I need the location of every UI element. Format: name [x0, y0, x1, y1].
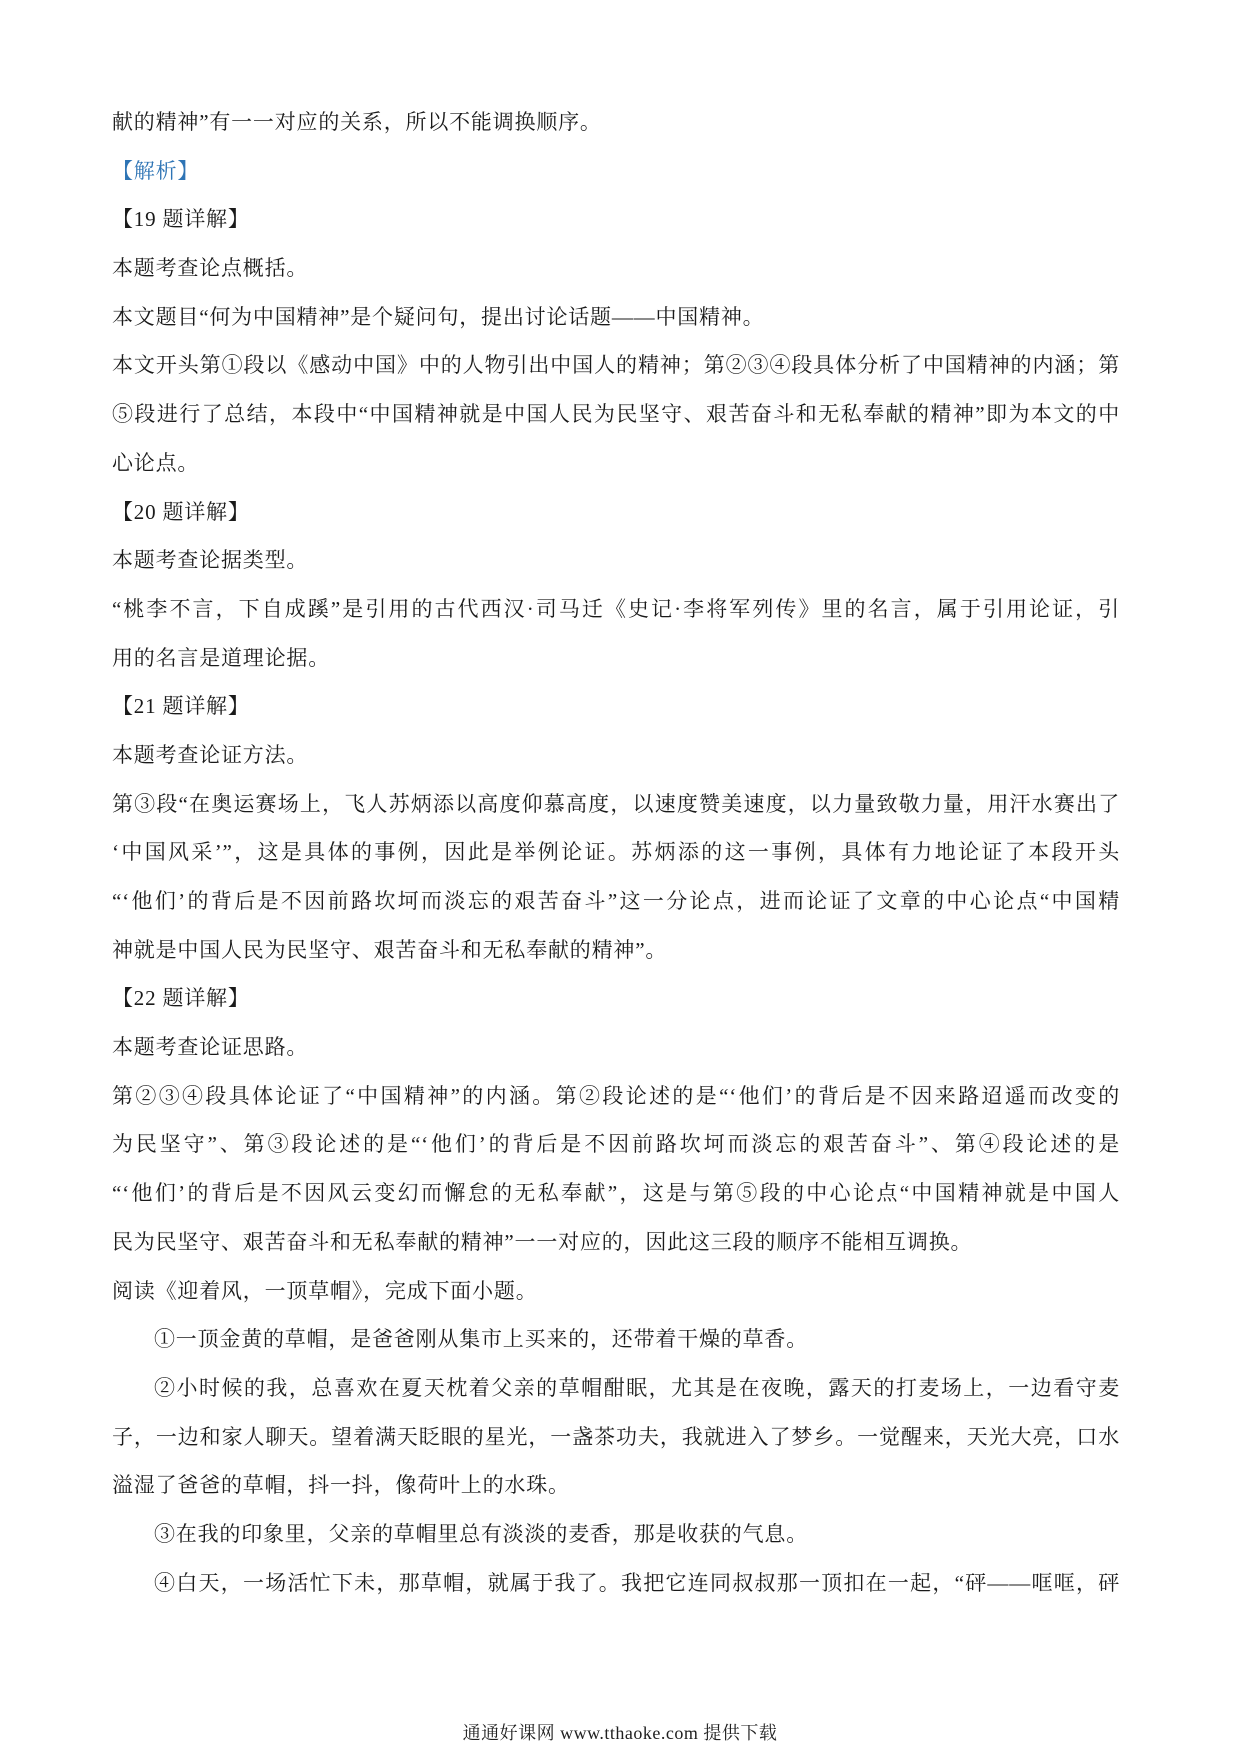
document-page: 献的精神”有一一对应的关系，所以不能调换顺序。【解析】【19 题详解】本题考查论… [0, 0, 1240, 1754]
footer-watermark: 通通好课网 www.tthaoke.com 提供下载 [0, 1720, 1240, 1746]
text-line: 民为民坚守、艰苦奋斗和无私奉献的精神”一一对应的，因此这三段的顺序不能相互调换。 [112, 1218, 1120, 1267]
text-line: 献的精神”有一一对应的关系，所以不能调换顺序。 [112, 98, 1120, 147]
text-line: 第②③④段具体论证了“中国精神”的内涵。第②段论述的是“‘他们’的背后是不因来路… [112, 1072, 1120, 1121]
text-line: 本文题目“何为中国精神”是个疑问句，提出讨论话题——中国精神。 [112, 293, 1120, 342]
text-line: 本题考查论点概括。 [112, 244, 1120, 293]
text-line: 为民坚守”、第③段论述的是“‘他们’的背后是不因前路坎坷而淡忘的艰苦奋斗”、第④… [112, 1120, 1120, 1169]
question-detail-header: 【20 题详解】 [112, 488, 1120, 537]
text-line: ②小时候的我，总喜欢在夏天枕着父亲的草帽酣眠，尤其是在夜晚，露天的打麦场上，一边… [112, 1364, 1120, 1413]
text-line: 第③段“在奥运赛场上，飞人苏炳添以高度仰慕高度，以速度赞美速度，以力量致敬力量，… [112, 780, 1120, 829]
text-line: “‘他们’的背后是不因风云变幻而懈怠的无私奉献”，这是与第⑤段的中心论点“中国精… [112, 1169, 1120, 1218]
question-detail-header: 【21 题详解】 [112, 682, 1120, 731]
text-line: ①一顶金黄的草帽，是爸爸刚从集市上买来的，还带着干燥的草香。 [112, 1315, 1120, 1364]
text-line: 本题考查论证方法。 [112, 731, 1120, 780]
text-line: 溢湿了爸爸的草帽，抖一抖，像荷叶上的水珠。 [112, 1461, 1120, 1510]
text-line: 本题考查论证思路。 [112, 1023, 1120, 1072]
text-line: 阅读《迎着风，一顶草帽》，完成下面小题。 [112, 1267, 1120, 1316]
document-body: 献的精神”有一一对应的关系，所以不能调换顺序。【解析】【19 题详解】本题考查论… [112, 98, 1120, 1607]
question-detail-header: 【22 题详解】 [112, 974, 1120, 1023]
text-line: 用的名言是道理论据。 [112, 634, 1120, 683]
text-line: 子，一边和家人聊天。望着满天眨眼的星光，一盏茶功夫，我就进入了梦乡。一觉醒来，天… [112, 1413, 1120, 1462]
text-line: 心论点。 [112, 439, 1120, 488]
text-line: “‘他们’的背后是不因前路坎坷而淡忘的艰苦奋斗”这一分论点，进而论证了文章的中心… [112, 877, 1120, 926]
text-line: 神就是中国人民为民坚守、艰苦奋斗和无私奉献的精神”。 [112, 926, 1120, 975]
text-line: ③在我的印象里，父亲的草帽里总有淡淡的麦香，那是收获的气息。 [112, 1510, 1120, 1559]
text-line: “桃李不言，下自成蹊”是引用的古代西汉·司马迁《史记·李将军列传》里的名言，属于… [112, 585, 1120, 634]
text-line: 本文开头第①段以《感动中国》中的人物引出中国人的精神；第②③④段具体分析了中国精… [112, 341, 1120, 390]
question-detail-header: 【19 题详解】 [112, 195, 1120, 244]
text-line: ④白天，一场活忙下未，那草帽，就属于我了。我把它连同叔叔那一顶扣在一起，“砰——… [112, 1559, 1120, 1608]
text-line: ‘中国风采’”，这是具体的事例，因此是举例论证。苏炳添的这一事例，具体有力地论证… [112, 828, 1120, 877]
text-line: ⑤段进行了总结，本段中“中国精神就是中国人民为民坚守、艰苦奋斗和无私奉献的精神”… [112, 390, 1120, 439]
analysis-label: 【解析】 [112, 147, 1120, 196]
text-line: 本题考查论据类型。 [112, 536, 1120, 585]
